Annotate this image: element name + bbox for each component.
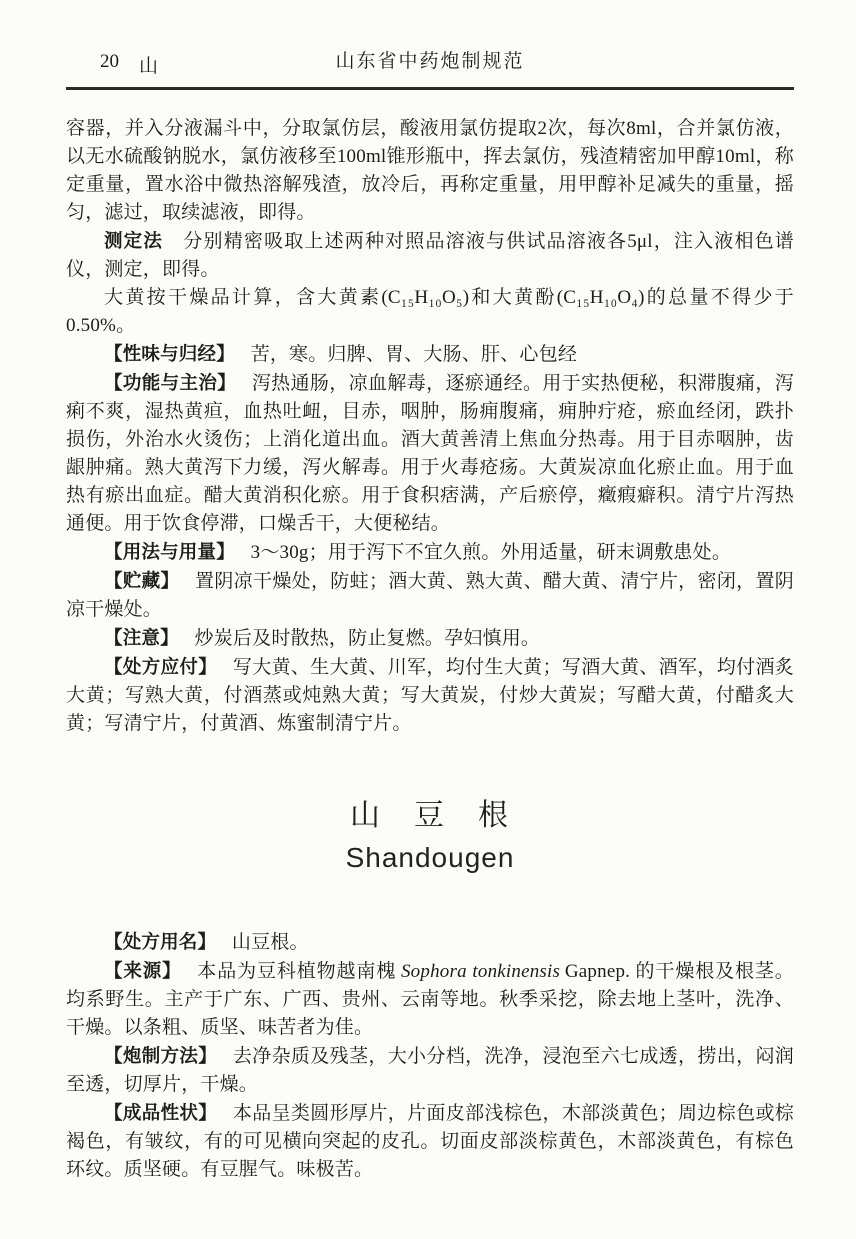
prescription-dispensing-label: 【处方应付】 <box>104 656 217 677</box>
paragraph-assay-limit: 大黄按干燥品计算，含大黄素(C₁₅H₁₀O₅)和大黄酚(C₁₅H₁₀O₄)的总量… <box>66 284 794 340</box>
section-index-char: 山 <box>139 51 158 78</box>
shandougen-monograph-body: 【处方用名】山豆根。 【来源】本品为豆科植物越南槐Sophora tonkine… <box>66 928 794 1184</box>
paragraph-assay-method: 测定法分别精密吸取上述两种对照品溶液与供试品溶液各5μl，注入液相色谱仪，测定，… <box>66 227 794 284</box>
paragraph-source: 【来源】本品为豆科植物越南槐Sophora tonkinensisGapnep.… <box>66 957 794 1042</box>
header-divider <box>66 87 794 90</box>
functions-indications-text: 泻热通肠，凉血解毒，逐瘀通经。用于实热便秘，积滞腹痛，泻痢不爽，湿热黄疸，血热吐… <box>66 373 794 534</box>
running-title: 山东省中药炮制规范 <box>236 46 624 73</box>
page-number: 20 <box>100 51 119 78</box>
paragraph-prescription-dispensing: 【处方应付】写大黄、生大黄、川军，均付生大黄；写酒大黄、酒军，均付酒炙大黄；写熟… <box>66 653 794 738</box>
dosage-usage-label: 【用法与用量】 <box>104 541 235 562</box>
assay-method-text: 分别精密吸取上述两种对照品溶液与供试品溶液各5μl，注入液相色谱仪，测定，即得。 <box>66 231 794 280</box>
property-meridian-text: 苦，寒。归脾、胃、大肠、肝、心包经 <box>251 344 577 365</box>
source-latin-author: Gapnep. <box>565 961 630 982</box>
assay-method-label: 测定法 <box>104 230 163 251</box>
paragraph-caution: 【注意】炒炭后及时散热，防止复燃。孕妇慎用。 <box>66 624 794 653</box>
property-meridian-label: 【性味与归经】 <box>104 343 235 364</box>
dosage-usage-text: 3～30g；用于泻下不宜久煎。外用适量，研末调敷患处。 <box>251 542 731 563</box>
monograph-title-chinese: 山 豆 根 <box>66 790 794 834</box>
source-latin-binomial: Sophora tonkinensis <box>401 961 560 982</box>
monograph-title-pinyin: Shandougen <box>66 842 794 874</box>
source-text-pre: 本品为豆科植物越南槐 <box>197 961 396 982</box>
prescription-name-text: 山豆根。 <box>232 932 309 953</box>
source-label: 【来源】 <box>104 960 182 981</box>
page-header: 20 山 山东省中药炮制规范 <box>66 46 794 78</box>
prescription-name-label: 【处方用名】 <box>104 931 216 952</box>
processing-method-label: 【炮制方法】 <box>104 1045 217 1066</box>
storage-label: 【贮藏】 <box>104 570 179 591</box>
header-left: 20 山 <box>66 51 236 78</box>
paragraph-product-characteristics: 【成品性状】本品呈类圆形厚片，片面皮部浅棕色，木部淡黄色；周边棕色或棕褐色，有皱… <box>66 1099 794 1184</box>
paragraph-continuation: 容器，并入分液漏斗中，分取氯仿层，酸液用氯仿提取2次，每次8ml，合并氯仿液，以… <box>66 115 794 227</box>
paragraph-storage: 【贮藏】置阴凉干燥处，防蛀；酒大黄、熟大黄、醋大黄、清宁片，密闭，置阴凉干燥处。 <box>66 567 794 624</box>
paragraph-property-meridian: 【性味与归经】苦，寒。归脾、胃、大肠、肝、心包经 <box>66 340 794 369</box>
paragraph-prescription-name: 【处方用名】山豆根。 <box>66 928 794 957</box>
caution-text: 炒炭后及时散热，防止复燃。孕妇慎用。 <box>195 628 541 649</box>
paragraph-processing-method: 【炮制方法】去净杂质及残茎，大小分档，洗净，浸泡至六七成透，捞出，闷润至透，切厚… <box>66 1042 794 1099</box>
caution-label: 【注意】 <box>104 627 179 648</box>
paragraph-functions-indications: 【功能与主治】泻热通肠，凉血解毒，逐瘀通经。用于实热便秘，积滞腹痛，泻痢不爽，湿… <box>66 369 794 538</box>
functions-indications-label: 【功能与主治】 <box>104 372 236 393</box>
document-page: 20 山 山东省中药炮制规范 容器，并入分液漏斗中，分取氯仿层，酸液用氯仿提取2… <box>0 0 856 1239</box>
paragraph-dosage-usage: 【用法与用量】3～30g；用于泻下不宜久煎。外用适量，研末调敷患处。 <box>66 538 794 567</box>
dahuang-monograph-body: 容器，并入分液漏斗中，分取氯仿层，酸液用氯仿提取2次，每次8ml，合并氯仿液，以… <box>66 115 794 738</box>
product-characteristics-label: 【成品性状】 <box>104 1102 217 1123</box>
